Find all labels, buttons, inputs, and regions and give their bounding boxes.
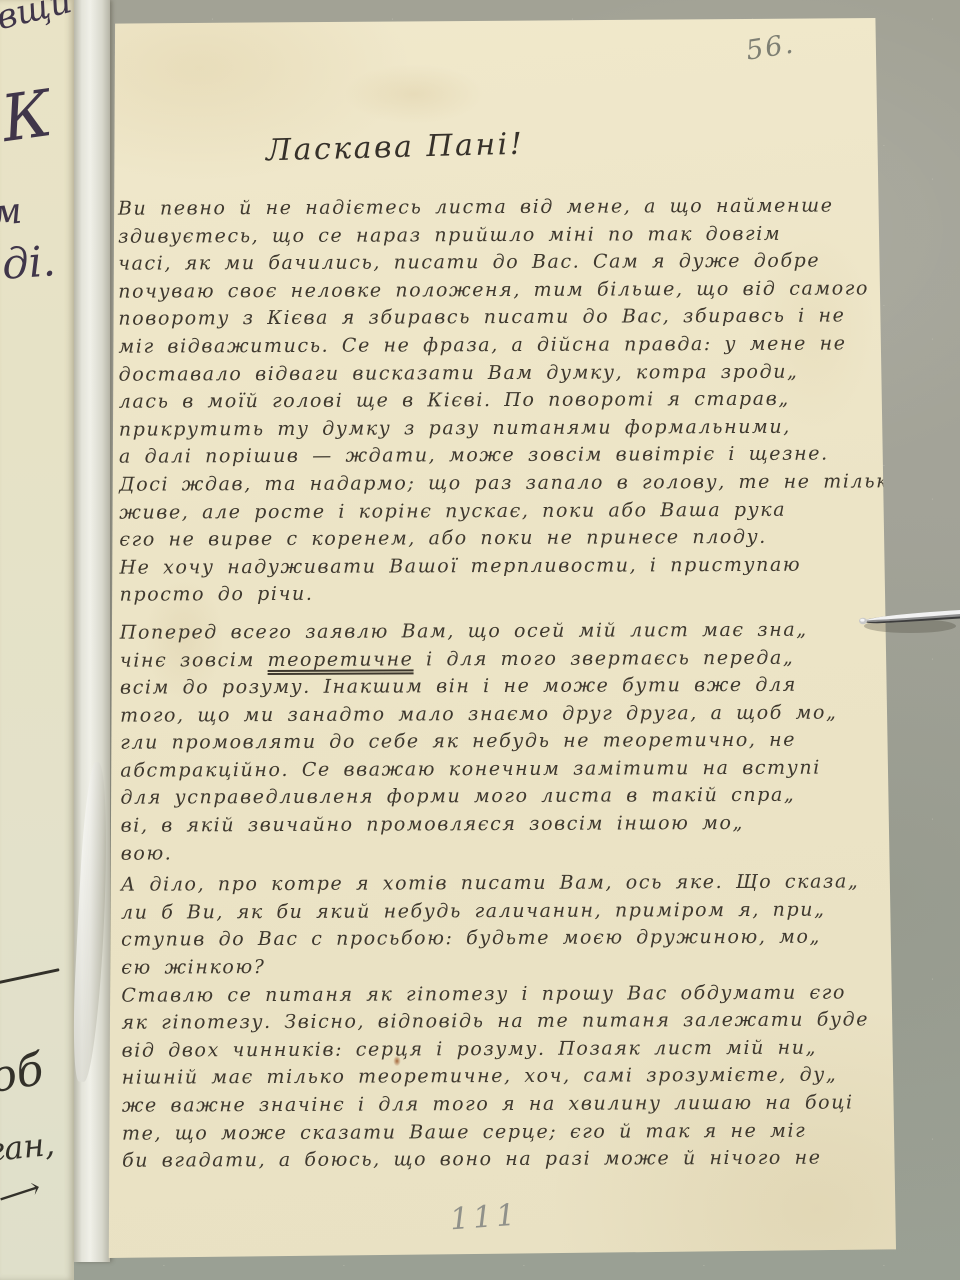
letter-body: Ви певно й не надієтесь листа від мене, … bbox=[118, 192, 882, 1175]
paragraph: А діло, про котре я хотів писати Вам, ос… bbox=[121, 869, 881, 983]
handwriting-line: ві, в якій звичайно промовляєся зовсім і… bbox=[121, 809, 881, 840]
handwriting-line: того, що ми занадто мало знаємо друг дру… bbox=[120, 699, 880, 730]
handwriting-line: всім до розуму. Інакшим він і не може бу… bbox=[120, 671, 880, 702]
handwriting-line: гли промовляти до себе як небудь не теор… bbox=[120, 727, 880, 758]
paragraph: Поперед всего заявлю Вам, що осей мій ли… bbox=[120, 616, 881, 868]
handwriting-line: а далі порішив — ждати, може зовсім виві… bbox=[119, 441, 879, 472]
paper-stain bbox=[344, 64, 484, 124]
handwriting-line: від двох чинників: серця і розуму. Позая… bbox=[122, 1034, 882, 1065]
handwriting-line: ли б Ви, як би який небудь галичанин, пр… bbox=[121, 896, 881, 927]
paragraph: Ви певно й не надієтесь листа від мене, … bbox=[118, 192, 880, 609]
handwriting-line: А діло, про котре я хотів писати Вам, ос… bbox=[121, 869, 881, 900]
handwriting-line: Поперед всего заявлю Вам, що осей мій ли… bbox=[120, 616, 880, 647]
underlying-written-sheet: вщи! К м ді. об ган, ⟶ bbox=[0, 0, 74, 1280]
handwriting-line: лась в моїй голові ще в Кієві. По поворо… bbox=[119, 386, 879, 417]
handwriting-line: доставало відваги висказати Вам думку, к… bbox=[119, 358, 879, 389]
paragraph: Ставлю се питаня як гіпотезу і прошу Вас… bbox=[121, 979, 882, 1175]
handwriting-line: живе, але росте і корінє пускає, поки аб… bbox=[119, 496, 879, 527]
handwriting-line: Ви певно й не надієтесь листа від мене, … bbox=[118, 192, 878, 223]
handwriting-line: те, що може сказати Ваше серце; єго й та… bbox=[122, 1117, 882, 1148]
handwriting-line: повороту з Кієва я збиравсь писати до Ва… bbox=[118, 303, 878, 334]
handwriting-line: почуваю своє неловке положеня, тим більш… bbox=[118, 275, 878, 306]
folded-cover-edge bbox=[74, 0, 110, 1262]
handwriting-line: Досі ждав, та надармо; що раз запало в г… bbox=[119, 468, 879, 499]
handwriting-fragment: вщи! bbox=[0, 0, 74, 38]
handwriting-line: ступив до Вас с просьбою: будьте моєю др… bbox=[121, 924, 881, 955]
metal-pin bbox=[850, 596, 960, 638]
salutation: Ласкава Пані! bbox=[266, 127, 525, 169]
underlined-word: теоретичне bbox=[268, 648, 414, 671]
pen-stroke-fragment bbox=[0, 968, 60, 984]
handwriting-line: єю жінкою? bbox=[121, 951, 881, 982]
handwriting-line: здивуєтесь, що се нараз прийшло міні по … bbox=[118, 220, 878, 251]
handwriting-line: Не хочу надуживати Вашої терпливости, і … bbox=[119, 551, 879, 582]
handwriting-line: просто до річи. bbox=[120, 579, 880, 610]
handwriting-line: би вгадати, а боюсь, що воно на разі мож… bbox=[122, 1145, 882, 1176]
handwriting-fragment: м bbox=[0, 191, 24, 235]
handwriting-line: вою. bbox=[121, 837, 881, 868]
handwriting-fragment: ді. bbox=[0, 236, 57, 289]
handwriting-line: абстракційно. Се вважаю конечним замітит… bbox=[120, 754, 880, 785]
manuscript-page: 56. Ласкава Пані! Ви певно й не надієтес… bbox=[104, 18, 896, 1258]
pencil-page-number-bottom: 111 bbox=[449, 1198, 521, 1238]
handwriting-fragment: К bbox=[0, 77, 56, 157]
handwriting-line: міг відважитись. Се не фраза, а дійсна п… bbox=[118, 330, 878, 361]
handwriting-line: для усправедливленя форми мого листа в т… bbox=[120, 782, 880, 813]
handwriting-fragment: об bbox=[0, 1044, 47, 1103]
handwriting-line: часі, як ми бачились, писати до Вас. Сам… bbox=[118, 248, 878, 279]
handwriting-line: єго не вирве с коренем, або поки не прин… bbox=[119, 523, 879, 554]
pencil-page-number-top: 56. bbox=[744, 28, 797, 66]
handwriting-line: же важне значінє і для того я на хвилину… bbox=[122, 1089, 882, 1120]
handwriting-fragment: ган, bbox=[0, 1125, 56, 1170]
arrow-stroke-fragment: ⟶ bbox=[0, 1170, 45, 1217]
handwriting-line: прикрутить ту думку з разу питанями форм… bbox=[119, 413, 879, 444]
handwriting-line: Ставлю се питаня як гіпотезу і прошу Вас… bbox=[121, 979, 881, 1010]
handwriting-line: чінє зовсім теоретичне і для того зверта… bbox=[120, 644, 880, 675]
handwriting-line: як гіпотезу. Звісно, відповідь на те пит… bbox=[121, 1007, 881, 1038]
handwriting-line: нішній має тілько теоретичне, хоч, самі … bbox=[122, 1062, 882, 1093]
